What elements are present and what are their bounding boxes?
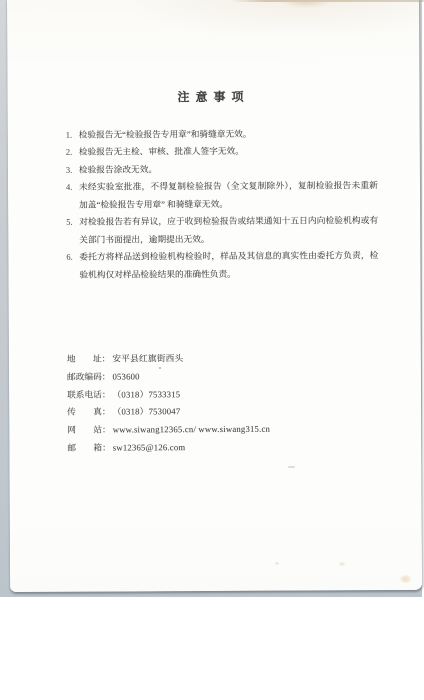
contact-label: 邮政编码： [67,368,111,386]
scanned-page: 注意事项 1. 检验报告无“检验报告专用章”和骑缝章无效。 2. 检验报告无主检… [7,0,422,592]
page-top-stain [282,0,330,8]
age-spot [339,562,345,566]
notes-list: 1. 检验报告无“检验报告专用章”和骑缝章无效。 2. 检验报告无主检、审核、批… [66,125,383,284]
note-number: 5. [66,214,79,249]
age-spot [275,562,279,565]
contact-label: 网 站： [67,422,111,440]
contact-value-fax: （0318）7530047 [113,407,181,417]
note-text: 检验报告无主检、审核、批准人签字无效。 [79,143,378,162]
age-spot [400,575,411,583]
contact-value-website: www.siwang12365.cn/ www.siwang315.cn [113,424,270,435]
scanned-document: 注意事项 1. 检验报告无“检验报告专用章”和骑缝章无效。 2. 检验报告无主检… [0,0,424,700]
note-item: 5. 对检验报告若有异议，应于收到检验报告或结果通知十五日内向检验机构或有关部门… [66,212,382,249]
contact-row-address: 地 址：安平县红旗街西头 [67,350,270,369]
note-number: 4. [66,179,79,214]
note-number: 3. [66,162,79,180]
contact-label: 地 址： [67,351,111,369]
contact-value-postal-code: 053600 [112,371,139,381]
note-text: 检验报告无“检验报告专用章”和骑缝章无效。 [79,125,378,144]
contact-label: 传 真： [67,404,111,422]
dust-speck [288,466,295,468]
note-text: 对检验报告若有异议，应于收到检验报告或结果通知十五日内向检验机构或有关部门书面提… [79,212,378,248]
note-number: 2. [66,144,79,162]
note-text: 委托方将样品送到检验机构检验时，样品及其信息的真实性由委托方负责，检验机构仅对样… [79,247,378,283]
contact-label: 邮 箱： [67,440,111,458]
contact-value-address: 安平县红旗街西头 [112,353,183,363]
document-title: 注意事项 [7,90,419,105]
contact-value-email: sw12365@126.com [113,442,186,452]
contact-row-email: 邮 箱：sw12365@126.com [67,439,270,458]
contact-label: 联系电话： [67,386,111,404]
note-text: 未经实验室批准，不得复制检验报告（全文复制除外），复制检验报告未重新加盖“检验报… [79,177,378,213]
note-item: 6. 委托方将样品送到检验机构检验时，样品及其信息的真实性由委托方负责，检验机构… [66,247,382,284]
contact-row-website: 网 站：www.siwang12365.cn/ www.siwang315.cn [67,421,270,440]
note-text: 检验报告涂改无效。 [79,160,378,179]
contact-row-fax: 传 真：（0318）7530047 [67,403,270,422]
note-number: 1. [66,127,79,145]
note-item: 2. 检验报告无主检、审核、批准人签字无效。 [66,143,382,162]
contact-row-phone: 联系电话：（0318）7533315 [67,385,270,404]
contact-block: 地 址：安平县红旗街西头 邮政编码：053600 联系电话：（0318）7533… [67,350,270,458]
note-number: 6. [66,249,79,284]
note-item: 4. 未经实验室批准，不得复制检验报告（全文复制除外），复制检验报告未重新加盖“… [66,177,382,214]
contact-value-phone: （0318）7533315 [112,389,180,399]
note-item: 3. 检验报告涂改无效。 [66,160,382,179]
note-item: 1. 检验报告无“检验报告专用章”和骑缝章无效。 [66,125,382,144]
contact-row-postal-code: 邮政编码：053600 [67,368,270,387]
dust-speck [159,367,161,369]
